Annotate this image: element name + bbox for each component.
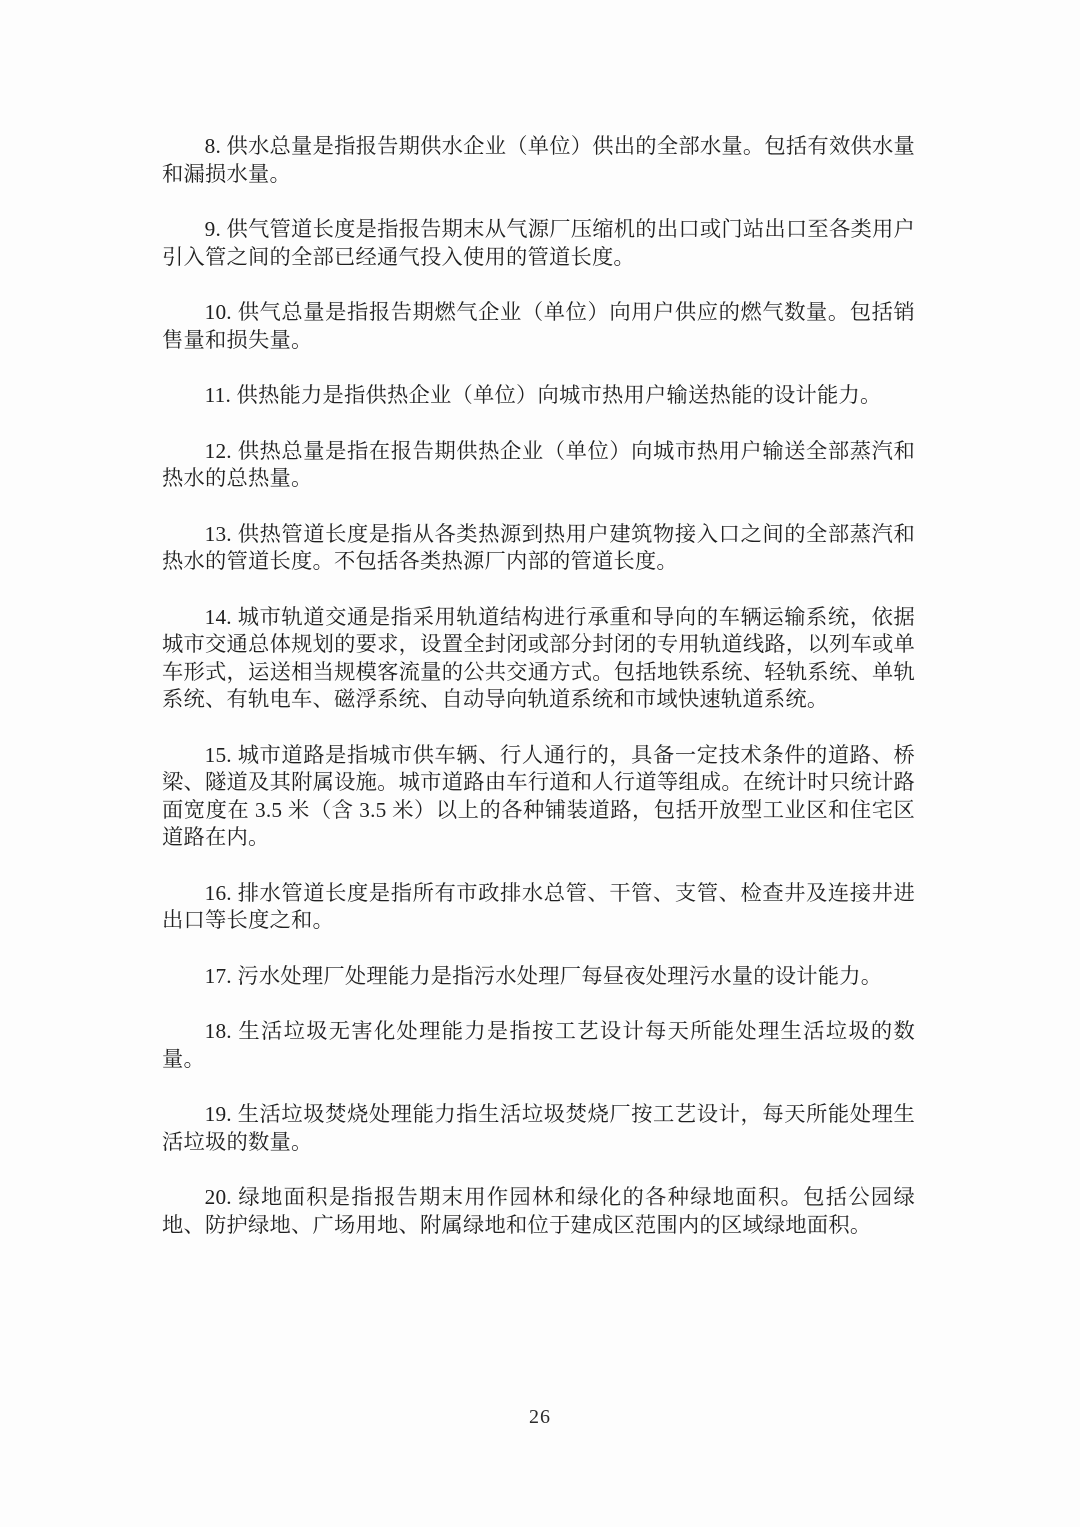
- definitions-section: 8. 供水总量是指报告期供水企业（单位）供出的全部水量。包括有效供水量和漏损水量…: [162, 133, 915, 1239]
- definition-paragraph-19: 19. 生活垃圾焚烧处理能力指生活垃圾焚烧厂按工艺设计，每天所能处理生活垃圾的数…: [162, 1101, 915, 1156]
- definition-paragraph-15: 15. 城市道路是指城市供车辆、行人通行的，具备一定技术条件的道路、桥梁、隧道及…: [162, 742, 915, 852]
- definition-paragraph-11: 11. 供热能力是指供热企业（单位）向城市热用户输送热能的设计能力。: [162, 382, 915, 410]
- page-footer: 26: [0, 1406, 1080, 1429]
- definition-paragraph-17: 17. 污水处理厂处理能力是指污水处理厂每昼夜处理污水量的设计能力。: [162, 963, 915, 991]
- definition-paragraph-12: 12. 供热总量是指在报告期供热企业（单位）向城市热用户输送全部蒸汽和热水的总热…: [162, 438, 915, 493]
- document-page: 8. 供水总量是指报告期供水企业（单位）供出的全部水量。包括有效供水量和漏损水量…: [0, 0, 1080, 1527]
- definition-paragraph-16: 16. 排水管道长度是指所有市政排水总管、干管、支管、检查井及连接井进出口等长度…: [162, 880, 915, 935]
- definition-paragraph-14: 14. 城市轨道交通是指采用轨道结构进行承重和导向的车辆运输系统，依据城市交通总…: [162, 604, 915, 714]
- definition-paragraph-9: 9. 供气管道长度是指报告期末从气源厂压缩机的出口或门站出口至各类用户引入管之间…: [162, 216, 915, 271]
- page-number: 26: [529, 1406, 551, 1428]
- definition-paragraph-10: 10. 供气总量是指报告期燃气企业（单位）向用户供应的燃气数量。包括销售量和损失…: [162, 299, 915, 354]
- definition-paragraph-13: 13. 供热管道长度是指从各类热源到热用户建筑物接入口之间的全部蒸汽和热水的管道…: [162, 521, 915, 576]
- definition-paragraph-20: 20. 绿地面积是指报告期末用作园林和绿化的各种绿地面积。包括公园绿地、防护绿地…: [162, 1184, 915, 1239]
- definition-paragraph-18: 18. 生活垃圾无害化处理能力是指按工艺设计每天所能处理生活垃圾的数量。: [162, 1018, 915, 1073]
- definition-paragraph-8: 8. 供水总量是指报告期供水企业（单位）供出的全部水量。包括有效供水量和漏损水量…: [162, 133, 915, 188]
